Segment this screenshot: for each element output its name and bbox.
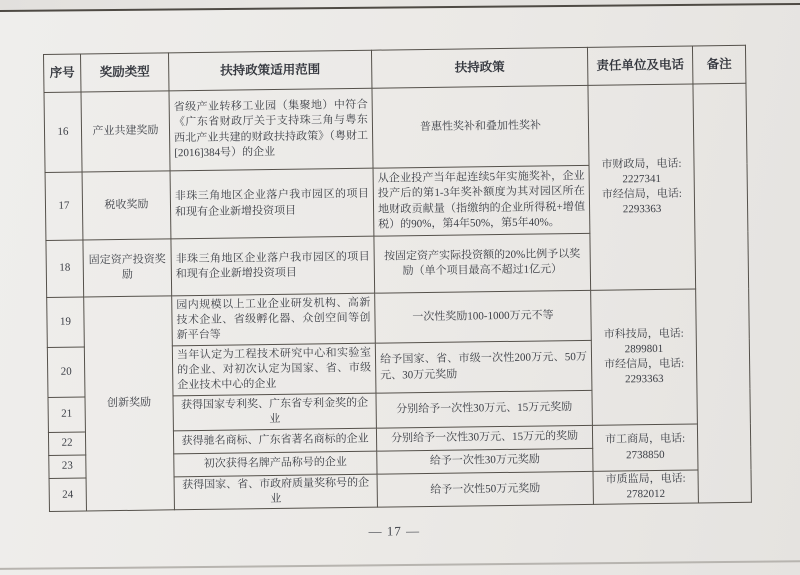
cell-scope: 获得国家、省、市政府质量奖称号的企业 xyxy=(174,474,377,510)
cell-scope: 园内规模以上工业企业研发机构、高新技术企业、省级孵化器、众创空间等创新平台等 xyxy=(172,293,376,346)
cell-no: 22 xyxy=(48,432,85,455)
col-header-scope: 扶持政策适用范围 xyxy=(168,50,371,91)
cell-responsible: 市科技局，电话: 2899801 市经信局，电话: 2293363 xyxy=(591,289,698,425)
responsible-phone: 2899801 xyxy=(596,341,692,357)
cell-policy: 一次性奖励100-1000万元不等 xyxy=(375,290,592,343)
responsible-phone: 2738850 xyxy=(597,447,693,463)
responsible-phone: 2227341 xyxy=(594,171,690,187)
responsible-line: 市质监局，电话: xyxy=(598,472,694,488)
col-header-type: 奖励类型 xyxy=(81,53,169,92)
cell-scope: 获得国家专利奖、广东省专利金奖的企业 xyxy=(173,393,376,431)
cell-no: 18 xyxy=(46,240,84,297)
cell-no: 24 xyxy=(49,478,86,512)
cell-responsible: 市工商局，电话: 2738850 xyxy=(592,424,698,471)
paper: 序号 奖励类型 扶持政策适用范围 扶持政策 责任单位及电话 备注 16 产业共建… xyxy=(0,0,800,575)
cell-policy: 从企业投产当年起连续5年实施奖补，企业投产后的第1-3年奖补额度为其对园区所在地… xyxy=(373,165,590,236)
cell-no: 23 xyxy=(49,455,86,478)
cell-scope: 省级产业转移工业园（集聚地）中符合《广东省财政厅关于支持珠三角与粤东西北产业共建… xyxy=(169,88,373,171)
scan-top-edge xyxy=(0,0,800,12)
responsible-line: 市科技局，电话: xyxy=(596,326,692,342)
cell-policy: 给予国家、省、市级一次性200万元、50万元、30万元奖励 xyxy=(375,340,592,393)
cell-policy: 给予一次性30万元奖励 xyxy=(377,448,593,474)
responsible-phone: 2782012 xyxy=(598,487,694,503)
scan-bottom-edge xyxy=(0,560,800,570)
cell-no: 21 xyxy=(48,397,85,432)
cell-no: 16 xyxy=(44,92,82,172)
col-header-responsible: 责任单位及电话 xyxy=(587,46,692,85)
cell-scope: 非珠三角地区企业落户我市园区的项目和现有企业新增投资项目 xyxy=(170,168,374,239)
cell-policy: 分别给予一次性30万元、15万元奖励 xyxy=(376,390,592,428)
cell-policy: 普惠性奖补和叠加性奖补 xyxy=(372,85,589,168)
col-header-no: 序号 xyxy=(44,54,81,92)
cell-responsible: 市质监局，电话: 2782012 xyxy=(593,470,698,505)
responsible-line: 市财政局，电话: xyxy=(593,156,689,172)
cell-type: 产业共建奖励 xyxy=(81,91,170,172)
cell-no: 20 xyxy=(47,347,85,397)
scan-tilt-wrapper: 序号 奖励类型 扶持政策适用范围 扶持政策 责任单位及电话 备注 16 产业共建… xyxy=(43,45,761,545)
cell-policy: 分别给予一次性30万元、15万元的奖励 xyxy=(376,425,592,451)
cell-scope: 获得驰名商标、广东省著名商标的企业 xyxy=(173,428,376,454)
responsible-phone: 2293363 xyxy=(596,372,692,388)
responsible-phone: 2293363 xyxy=(594,202,690,218)
col-header-policy: 扶持政策 xyxy=(371,47,587,88)
cell-policy: 给予一次性50万元奖励 xyxy=(377,471,593,507)
cell-type-innovation: 创新奖励 xyxy=(84,296,175,511)
cell-type: 固定资产投资奖励 xyxy=(83,239,172,297)
responsible-line: 市工商局，电话: xyxy=(597,432,693,448)
table-row: 16 产业共建奖励 省级产业转移工业园（集聚地）中符合《广东省财政厅关于支持珠三… xyxy=(44,83,747,172)
responsible-line: 市经信局，电话: xyxy=(596,357,692,373)
policy-table: 序号 奖励类型 扶持政策适用范围 扶持政策 责任单位及电话 备注 16 产业共建… xyxy=(43,45,752,513)
col-header-remark: 备注 xyxy=(692,45,745,84)
cell-no: 17 xyxy=(45,172,83,240)
cell-scope: 初次获得名牌产品称号的企业 xyxy=(174,451,377,477)
table-row: 19 创新奖励 园内规模以上工业企业研发机构、高新技术企业、省级孵化器、众创空间… xyxy=(47,288,750,347)
cell-policy: 按固定资产实际投资额的20%比例予以奖励（单个项目最高不超过1亿元） xyxy=(374,233,591,293)
cell-scope: 非珠三角地区企业落户我市园区的项目和现有企业新增投资项目 xyxy=(171,236,375,296)
cell-responsible: 市财政局，电话: 2227341 市经信局，电话: 2293363 xyxy=(588,84,696,290)
page-number: — 17 — xyxy=(49,519,739,544)
cell-remark xyxy=(693,83,751,503)
cell-scope: 当年认定为工程技术研究中心和实验室的企业、对初次认定为国家、省、市级企业技术中心… xyxy=(172,343,376,396)
cell-type: 税收奖励 xyxy=(82,171,171,240)
responsible-line: 市经信局，电话: xyxy=(594,187,690,203)
cell-no: 19 xyxy=(47,297,85,347)
